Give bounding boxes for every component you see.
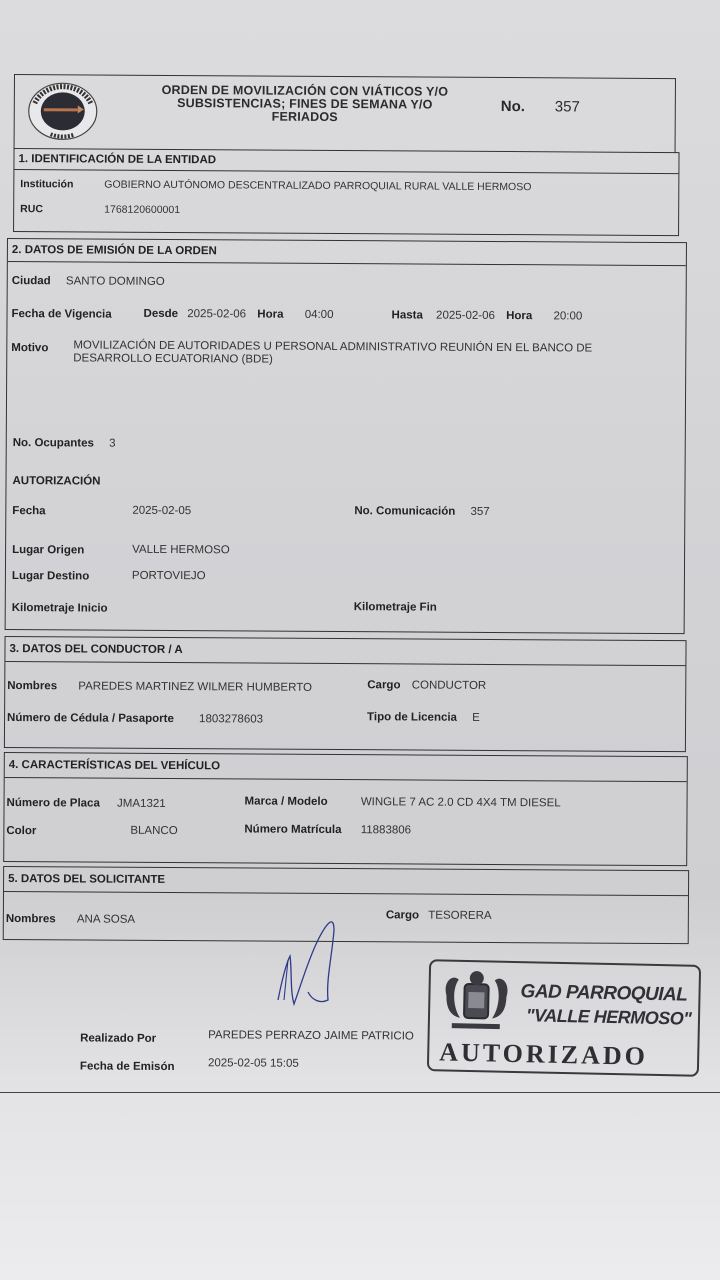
hora-hasta-value: 20:00 bbox=[553, 310, 582, 322]
realizado-value: PAREDES PERRAZO JAIME PATRICIO bbox=[208, 1029, 414, 1042]
contraloria-seal-icon bbox=[27, 81, 99, 141]
destino-label: Lugar Destino bbox=[12, 570, 89, 582]
ruc-value: 1768120600001 bbox=[104, 204, 180, 216]
motivo-value: MOVILIZACIÓN DE AUTORIDADES U PERSONAL A… bbox=[73, 339, 653, 369]
institucion-value-wrap: GOBIERNO AUTÓNOMO DESCENTRALIZADO PARROQ… bbox=[104, 179, 531, 194]
marca-field: Marca / Modelo WINGLE 7 AC 2.0 CD 4X4 TM… bbox=[245, 795, 561, 809]
field-label: Desde bbox=[144, 308, 179, 320]
stamp-status: AUTORIZADO bbox=[439, 1037, 648, 1071]
origen-label: Lugar Origen bbox=[12, 544, 84, 556]
emision-value: 2025-02-05 15:05 bbox=[208, 1057, 299, 1070]
field-label: Marca / Modelo bbox=[245, 795, 328, 808]
title-line-3: FERIADOS bbox=[135, 110, 475, 125]
stamp-line-1: GAD PARROQUIAL bbox=[520, 981, 687, 1006]
ciudad-value: SANTO DOMINGO bbox=[66, 275, 165, 288]
conductor-cargo-field: Cargo CONDUCTOR bbox=[367, 679, 486, 692]
field-label: Kilometraje Inicio bbox=[12, 602, 108, 615]
field-label: Institución bbox=[20, 178, 73, 190]
order-number-label: No. bbox=[501, 98, 525, 115]
section-driver: 3. DATOS DEL CONDUCTOR / A Nombres PARED… bbox=[4, 636, 687, 752]
matricula-field: Número Matrícula 11883806 bbox=[244, 823, 411, 836]
order-number-value: 357 bbox=[555, 98, 580, 115]
document-header: ORDEN DE MOVILIZACIÓN CON VIÁTICOS Y/O S… bbox=[14, 74, 676, 153]
emision-field: Fecha de Emisón bbox=[80, 1060, 175, 1073]
solicitante-cargo-field: Cargo TESORERA bbox=[386, 909, 492, 922]
page-bottom-rule bbox=[0, 1092, 720, 1093]
ruc-field: RUC bbox=[20, 203, 43, 215]
licencia-value: E bbox=[472, 712, 480, 724]
institucion-field: Institución bbox=[20, 178, 73, 190]
field-label: Nombres bbox=[7, 680, 57, 692]
field-label: Fecha de Vigencia bbox=[11, 308, 111, 321]
subheading: AUTORIZACIÓN bbox=[12, 475, 100, 488]
cedula-value: 1803278603 bbox=[199, 713, 263, 725]
section-heading: 4. CARACTERÍSTICAS DEL VEHÍCULO bbox=[5, 753, 687, 782]
marca-value: WINGLE 7 AC 2.0 CD 4X4 TM DIESEL bbox=[361, 796, 561, 809]
field-label: No. Comunicación bbox=[354, 505, 455, 518]
conductor-nombres-field: Nombres PAREDES MARTINEZ WILMER HUMBERTO bbox=[7, 680, 312, 694]
comunicacion-field: No. Comunicación 357 bbox=[354, 505, 489, 518]
stamp-line-2: "VALLE HERMOSO" bbox=[526, 1005, 692, 1029]
realizado-value-wrap: PAREDES PERRAZO JAIME PATRICIO bbox=[208, 1029, 414, 1042]
destino-value: PORTOVIEJO bbox=[132, 570, 206, 582]
field-label: Motivo bbox=[11, 342, 48, 354]
field-label: Cargo bbox=[367, 679, 400, 691]
section-heading: 1. IDENTIFICACIÓN DE LA ENTIDAD bbox=[14, 149, 678, 174]
field-label: No. Ocupantes bbox=[13, 437, 94, 449]
autorizacion-heading: AUTORIZACIÓN bbox=[12, 475, 100, 488]
section-heading: 5. DATOS DEL SOLICITANTE bbox=[4, 867, 688, 896]
destino-value-wrap: PORTOVIEJO bbox=[132, 570, 206, 582]
document-page: ORDEN DE MOVILIZACIÓN CON VIÁTICOS Y/O S… bbox=[2, 74, 712, 1098]
field-label: Tipo de Licencia bbox=[367, 711, 457, 724]
fecha-value-wrap: 2025-02-05 bbox=[132, 505, 191, 517]
color-field: Color bbox=[6, 825, 36, 837]
licencia-field: Tipo de Licencia E bbox=[367, 711, 480, 724]
document-title: ORDEN DE MOVILIZACIÓN CON VIÁTICOS Y/O S… bbox=[135, 84, 475, 125]
ciudad-field: Ciudad SANTO DOMINGO bbox=[12, 275, 165, 288]
field-label: Realizado Por bbox=[80, 1032, 156, 1044]
km-fin-field: Kilometraje Fin bbox=[354, 601, 437, 614]
cedula-field: Número de Cédula / Pasaporte 1803278603 bbox=[7, 712, 263, 726]
origen-value-wrap: VALLE HERMOSO bbox=[132, 544, 230, 557]
solicitante-nombres-value: ANA SOSA bbox=[77, 913, 135, 925]
section-vehicle: 4. CARACTERÍSTICAS DEL VEHÍCULO Número d… bbox=[3, 752, 688, 866]
coat-of-arms-icon bbox=[438, 965, 515, 1037]
section-entity: 1. IDENTIFICACIÓN DE LA ENTIDAD Instituc… bbox=[13, 148, 680, 236]
authorization-stamp: GAD PARROQUIAL "VALLE HERMOSO" AUTORIZAD… bbox=[427, 959, 701, 1077]
field-label: Kilometraje Fin bbox=[354, 601, 437, 614]
field-label: Nombres bbox=[6, 913, 56, 925]
conductor-nombres-value: PAREDES MARTINEZ WILMER HUMBERTO bbox=[78, 680, 312, 693]
placa-value: JMA1321 bbox=[117, 798, 166, 810]
hasta-field: Hasta 2025-02-06 Hora 20:00 bbox=[391, 309, 582, 322]
hasta-value: 2025-02-06 bbox=[436, 310, 495, 322]
field-label: Número de Placa bbox=[7, 797, 100, 810]
motivo-label: Motivo bbox=[11, 342, 48, 354]
color-value: BLANCO bbox=[130, 825, 177, 837]
origen-value: VALLE HERMOSO bbox=[132, 544, 230, 557]
solicitante-nombres-field: Nombres ANA SOSA bbox=[6, 913, 135, 926]
field-label: Color bbox=[6, 825, 36, 837]
signature-icon bbox=[268, 900, 348, 1010]
institucion-value: GOBIERNO AUTÓNOMO DESCENTRALIZADO PARROQ… bbox=[104, 179, 531, 194]
field-label: Lugar Destino bbox=[12, 570, 89, 582]
field-label: Ciudad bbox=[12, 275, 51, 287]
ruc-value-wrap: 1768120600001 bbox=[104, 204, 180, 216]
field-label: Número Matrícula bbox=[244, 823, 341, 836]
conductor-cargo-value: CONDUCTOR bbox=[412, 679, 487, 691]
color-value-wrap: BLANCO bbox=[130, 825, 177, 837]
ocupantes-field: No. Ocupantes 3 bbox=[13, 437, 116, 450]
field-label: Fecha bbox=[12, 505, 45, 517]
emision-value-wrap: 2025-02-05 15:05 bbox=[208, 1057, 299, 1070]
km-inicio-field: Kilometraje Inicio bbox=[12, 602, 108, 615]
field-label: RUC bbox=[20, 203, 43, 215]
fecha-label: Fecha bbox=[12, 505, 45, 517]
field-label: Número de Cédula / Pasaporte bbox=[7, 712, 174, 725]
comunicacion-value: 357 bbox=[470, 506, 489, 518]
field-label: Hasta bbox=[391, 309, 422, 321]
section-order-data: 2. DATOS DE EMISIÓN DE LA ORDEN Ciudad S… bbox=[5, 238, 687, 634]
field-label: Fecha de Emisón bbox=[80, 1060, 175, 1073]
field-label: Hora bbox=[506, 310, 532, 322]
hora-desde-value: 04:00 bbox=[305, 309, 334, 321]
field-label: Lugar Origen bbox=[12, 544, 84, 556]
fecha-value: 2025-02-05 bbox=[132, 505, 191, 517]
solicitante-cargo-value: TESORERA bbox=[428, 910, 491, 922]
field-label: Hora bbox=[257, 309, 283, 321]
desde-field: Desde 2025-02-06 Hora 04:00 bbox=[144, 308, 334, 321]
vigencia-label: Fecha de Vigencia bbox=[11, 308, 111, 321]
section-heading: 2. DATOS DE EMISIÓN DE LA ORDEN bbox=[8, 239, 686, 266]
ocupantes-value: 3 bbox=[109, 438, 115, 450]
realizado-field: Realizado Por bbox=[80, 1032, 156, 1044]
placa-field: Número de Placa JMA1321 bbox=[7, 797, 166, 810]
field-label: Cargo bbox=[386, 909, 419, 921]
desde-value: 2025-02-06 bbox=[187, 308, 246, 320]
matricula-value: 11883806 bbox=[361, 824, 411, 836]
section-heading: 3. DATOS DEL CONDUCTOR / A bbox=[5, 637, 685, 666]
